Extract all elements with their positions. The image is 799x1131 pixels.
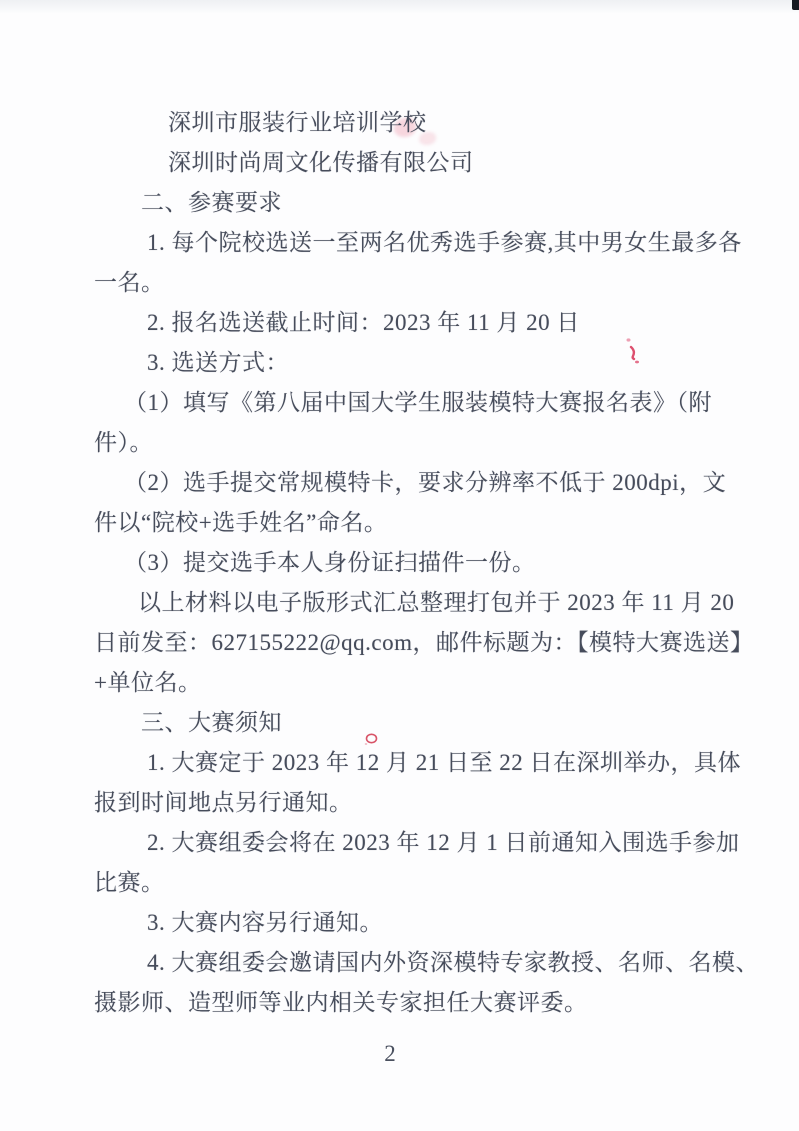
text-line: （3）提交选手本人身份证扫描件一份。 bbox=[94, 543, 706, 583]
text-line: 2. 大赛组委会将在 2023 年 12 月 1 日前通知入围选手参加 bbox=[94, 823, 706, 863]
text-line: 件以“院校+选手姓名”命名。 bbox=[94, 503, 706, 543]
section-heading: 三、大赛须知 bbox=[94, 703, 706, 743]
text-line: 1. 大赛定于 2023 年 12 月 21 日至 22 日在深圳举办，具体 bbox=[94, 743, 706, 783]
text-line: 3. 大赛内容另行通知。 bbox=[94, 903, 706, 943]
document-body: 深圳市服装行业培训学校 深圳时尚周文化传播有限公司 二、参赛要求 1. 每个院校… bbox=[94, 103, 706, 1023]
text-line: +单位名。 bbox=[94, 663, 706, 703]
text-line: 深圳市服装行业培训学校 bbox=[94, 103, 706, 143]
text-line: 以上材料以电子版形式汇总整理打包并于 2023 年 11 月 20 bbox=[94, 583, 706, 623]
text-line: 1. 每个院校选送一至两名优秀选手参赛,其中男女生最多各 bbox=[94, 223, 706, 263]
text-line: 2. 报名选送截止时间：2023 年 11 月 20 日 bbox=[94, 303, 706, 343]
scan-edge-shading bbox=[0, 0, 799, 14]
text-line: 一名。 bbox=[94, 263, 706, 303]
text-line: 件）。 bbox=[94, 423, 706, 463]
section-heading: 二、参赛要求 bbox=[94, 183, 706, 223]
scan-corner-artifact bbox=[792, 0, 799, 10]
text-line: 4. 大赛组委会邀请国内外资深模特专家教授、名师、名模、 bbox=[94, 943, 706, 983]
text-line: 比赛。 bbox=[94, 863, 706, 903]
text-line: 摄影师、造型师等业内相关专家担任大赛评委。 bbox=[94, 983, 706, 1023]
text-line: 深圳时尚周文化传播有限公司 bbox=[94, 143, 706, 183]
text-line: （2）选手提交常规模特卡，要求分辨率不低于 200dpi，文 bbox=[94, 463, 706, 503]
text-line: 3. 选送方式： bbox=[94, 343, 706, 383]
page-number: 2 bbox=[0, 1038, 780, 1070]
text-line: 日前发至：627155222@qq.com，邮件标题为：【模特大赛选送】 bbox=[94, 623, 706, 663]
text-line: 报到时间地点另行通知。 bbox=[94, 783, 706, 823]
text-line: （1）填写《第八届中国大学生服装模特大赛报名表》（附 bbox=[94, 383, 706, 423]
document-page: 深圳市服装行业培训学校 深圳时尚周文化传播有限公司 二、参赛要求 1. 每个院校… bbox=[0, 0, 799, 1131]
